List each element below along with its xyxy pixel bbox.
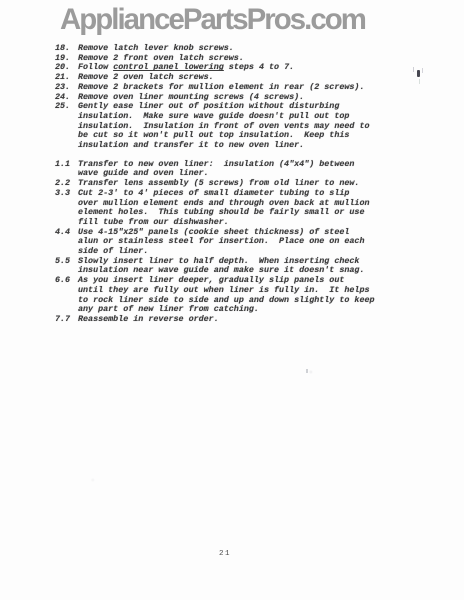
item-number: 7.7 — [55, 315, 78, 325]
list-item: 25. Gently ease liner out of position wi… — [55, 102, 407, 151]
removal-steps-section: 18. Remove latch lever knob screws. 19. … — [55, 44, 407, 151]
item-text-pre: Follow — [78, 62, 113, 72]
list-item: 7.7 Reassemble in reverse order. — [55, 315, 407, 325]
list-item: 3.3 Cut 2-3' to 4' pieces of small diame… — [55, 189, 407, 228]
list-item: 1.1 Transfer to new oven liner: insulati… — [55, 160, 407, 179]
page-number: 21 — [219, 550, 231, 558]
item-number: 6.6 — [55, 276, 78, 286]
watermark-logo-text: AppliancePartsPros.com — [60, 3, 365, 37]
instruction-text-block: 18. Remove latch lever knob screws. 19. … — [55, 44, 407, 325]
underlined-phrase: control panel lowering — [113, 62, 224, 72]
item-text: Gently ease liner out of position withou… — [78, 102, 407, 151]
item-text: Use 4-15"x25" panels (cookie sheet thick… — [78, 228, 407, 257]
item-text: Transfer to new oven liner: insulation (… — [78, 160, 407, 179]
scan-artifact-speck — [306, 369, 308, 373]
item-text: As you insert liner deeper, gradually sl… — [78, 276, 407, 315]
item-number: 3.3 — [55, 189, 78, 199]
list-item: 4.4 Use 4-15"x25" panels (cookie sheet t… — [55, 228, 407, 257]
item-number: 25. — [55, 102, 78, 112]
item-number: 1.1 — [55, 160, 78, 170]
item-number: 4.4 — [55, 228, 78, 238]
item-number: 5.5 — [55, 257, 78, 267]
item-text: Reassemble in reverse order. — [78, 315, 407, 325]
item-text: Slowly insert liner to half depth. When … — [78, 257, 407, 276]
list-item: 6.6 As you insert liner deeper, graduall… — [55, 276, 407, 315]
list-item: 5.5 Slowly insert liner to half depth. W… — [55, 257, 407, 276]
scan-artifact-speck — [417, 70, 420, 77]
document-page: AppliancePartsPros.com 18. Remove latch … — [0, 0, 464, 600]
item-text: Cut 2-3' to 4' pieces of small diameter … — [78, 189, 407, 228]
liner-transfer-steps-section: 1.1 Transfer to new oven liner: insulati… — [55, 160, 407, 325]
item-text-post: steps 4 to 7. — [224, 62, 294, 72]
